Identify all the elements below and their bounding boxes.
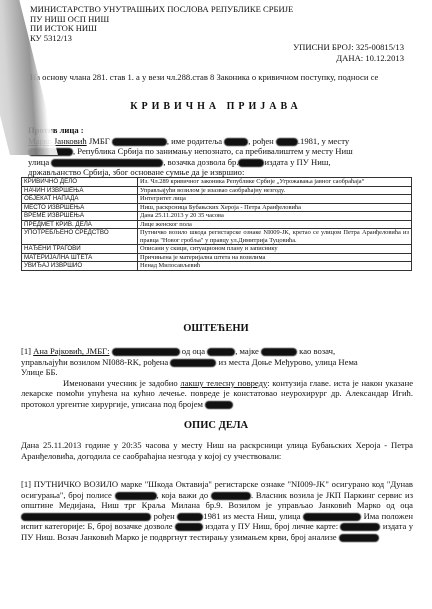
redaction bbox=[261, 348, 297, 356]
table-row: ОБЈЕКАТ НАПАДАИнтегритет лица bbox=[22, 195, 412, 204]
victim-line-1: [1] Ана Рајковић, ЈМБГ: од оца , мајке к… bbox=[21, 346, 413, 357]
document-page: МИНИСТАРСТВО УНУТРАШЊИХ ПОСЛОВА РЕПУБЛИК… bbox=[0, 0, 432, 609]
table-row: НАЂЕНИ ТРАГОВИОписани у скици, ситуацион… bbox=[22, 245, 412, 254]
reference-number: КУ 5312/13 bbox=[30, 34, 293, 44]
redaction bbox=[175, 523, 203, 531]
table-row: ПРЕДМЕТ КРИВ. ДЕЛАЛице женског пола bbox=[22, 220, 412, 229]
redaction bbox=[205, 401, 233, 409]
redaction bbox=[238, 159, 264, 167]
issuer-header: МИНИСТАРСТВО УНУТРАШЊИХ ПОСЛОВА РЕПУБЛИК… bbox=[30, 5, 293, 43]
table-row: УВИЂАЈ ИЗВРШИОНенад Милосављевић bbox=[22, 262, 412, 271]
suspect-line-3: улица , возачка дозвола бр.издата у ПУ Н… bbox=[28, 157, 418, 168]
suspect-line-2: , Република Србија по занимању непознато… bbox=[28, 146, 418, 157]
document-date: ДАНА: 10.12.2013 bbox=[293, 53, 404, 64]
redaction bbox=[177, 513, 203, 521]
redaction bbox=[115, 492, 157, 500]
damaged-heading: ОШТЕЋЕНИ bbox=[0, 323, 432, 334]
suspect-line-1: Марко Јанковић ЈМБГ , име родитеља , рођ… bbox=[28, 136, 418, 147]
redaction bbox=[303, 513, 361, 521]
table-row: МЕСТО ИЗВРШЕЊАНиш, раскрсница Бубањских … bbox=[22, 203, 412, 212]
table-row: НАЧИН ИЗВРШЕЊАУправљајући возилом је иза… bbox=[22, 186, 412, 195]
damaged-section: [1] Ана Рајковић, ЈМБГ: од оца , мајке к… bbox=[21, 346, 413, 410]
redaction bbox=[211, 492, 251, 500]
description-heading: ОПИС ДЕЛА bbox=[0, 420, 432, 431]
legal-basis-paragraph: На основу члана 281. став 1. а у вези чл… bbox=[30, 72, 415, 83]
offense-facts-table: КРИВИЧНО ДЕЛОИз. Чл.289 кривичног закони… bbox=[21, 177, 412, 271]
redaction bbox=[112, 138, 167, 146]
table-row: МАТЕРИЈАЛНА ШТЕТАПричињена је материјалн… bbox=[22, 253, 412, 262]
redaction bbox=[339, 534, 379, 542]
redaction bbox=[170, 359, 216, 367]
redaction bbox=[224, 138, 248, 146]
document-title: КРИВИЧНА ПРИЈАВА bbox=[0, 101, 432, 112]
redaction bbox=[207, 348, 235, 356]
injury-type: лакшу телесну повреду bbox=[180, 378, 267, 388]
suspect-section: Против лица : Марко Јанковић ЈМБГ , име … bbox=[28, 125, 418, 178]
table-row: ВРЕМЕ ИЗВРШЕЊАДана 25.11.2013 у 20 35 ча… bbox=[22, 212, 412, 221]
table-row: КРИВИЧНО ДЕЛОИз. Чл.289 кривичног закони… bbox=[22, 178, 412, 187]
victim-line-2: управљајући возилом NI088-RK, рођена из … bbox=[21, 357, 413, 368]
victim-line-3: Улице ББ. bbox=[21, 367, 413, 378]
table-row: УПОТРЕБЉЕНО СРЕДСТВОПутничко возило шкод… bbox=[22, 229, 412, 245]
injury-paragraph: Именовани учесник је задобио лакшу телес… bbox=[21, 378, 413, 410]
against-label: Против лица : bbox=[28, 125, 418, 136]
redaction bbox=[51, 159, 163, 167]
redaction bbox=[276, 138, 298, 146]
redaction bbox=[21, 513, 151, 521]
registration-number: УПИСНИ БРОЈ: 325-00815/13 bbox=[293, 42, 404, 53]
redaction bbox=[340, 523, 380, 531]
registration-block: УПИСНИ БРОЈ: 325-00815/13 ДАНА: 10.12.20… bbox=[293, 42, 404, 64]
redaction bbox=[112, 348, 180, 356]
vehicle-paragraph: [1] ПУТНИЧКО ВОЗИЛО марке "Шкода Октавиј… bbox=[21, 479, 413, 543]
victim-name: Ана Рајковић, ЈМБГ: bbox=[33, 346, 109, 356]
description-intro: Дана 25.11.2013 године у 20:35 часова у … bbox=[21, 440, 413, 461]
